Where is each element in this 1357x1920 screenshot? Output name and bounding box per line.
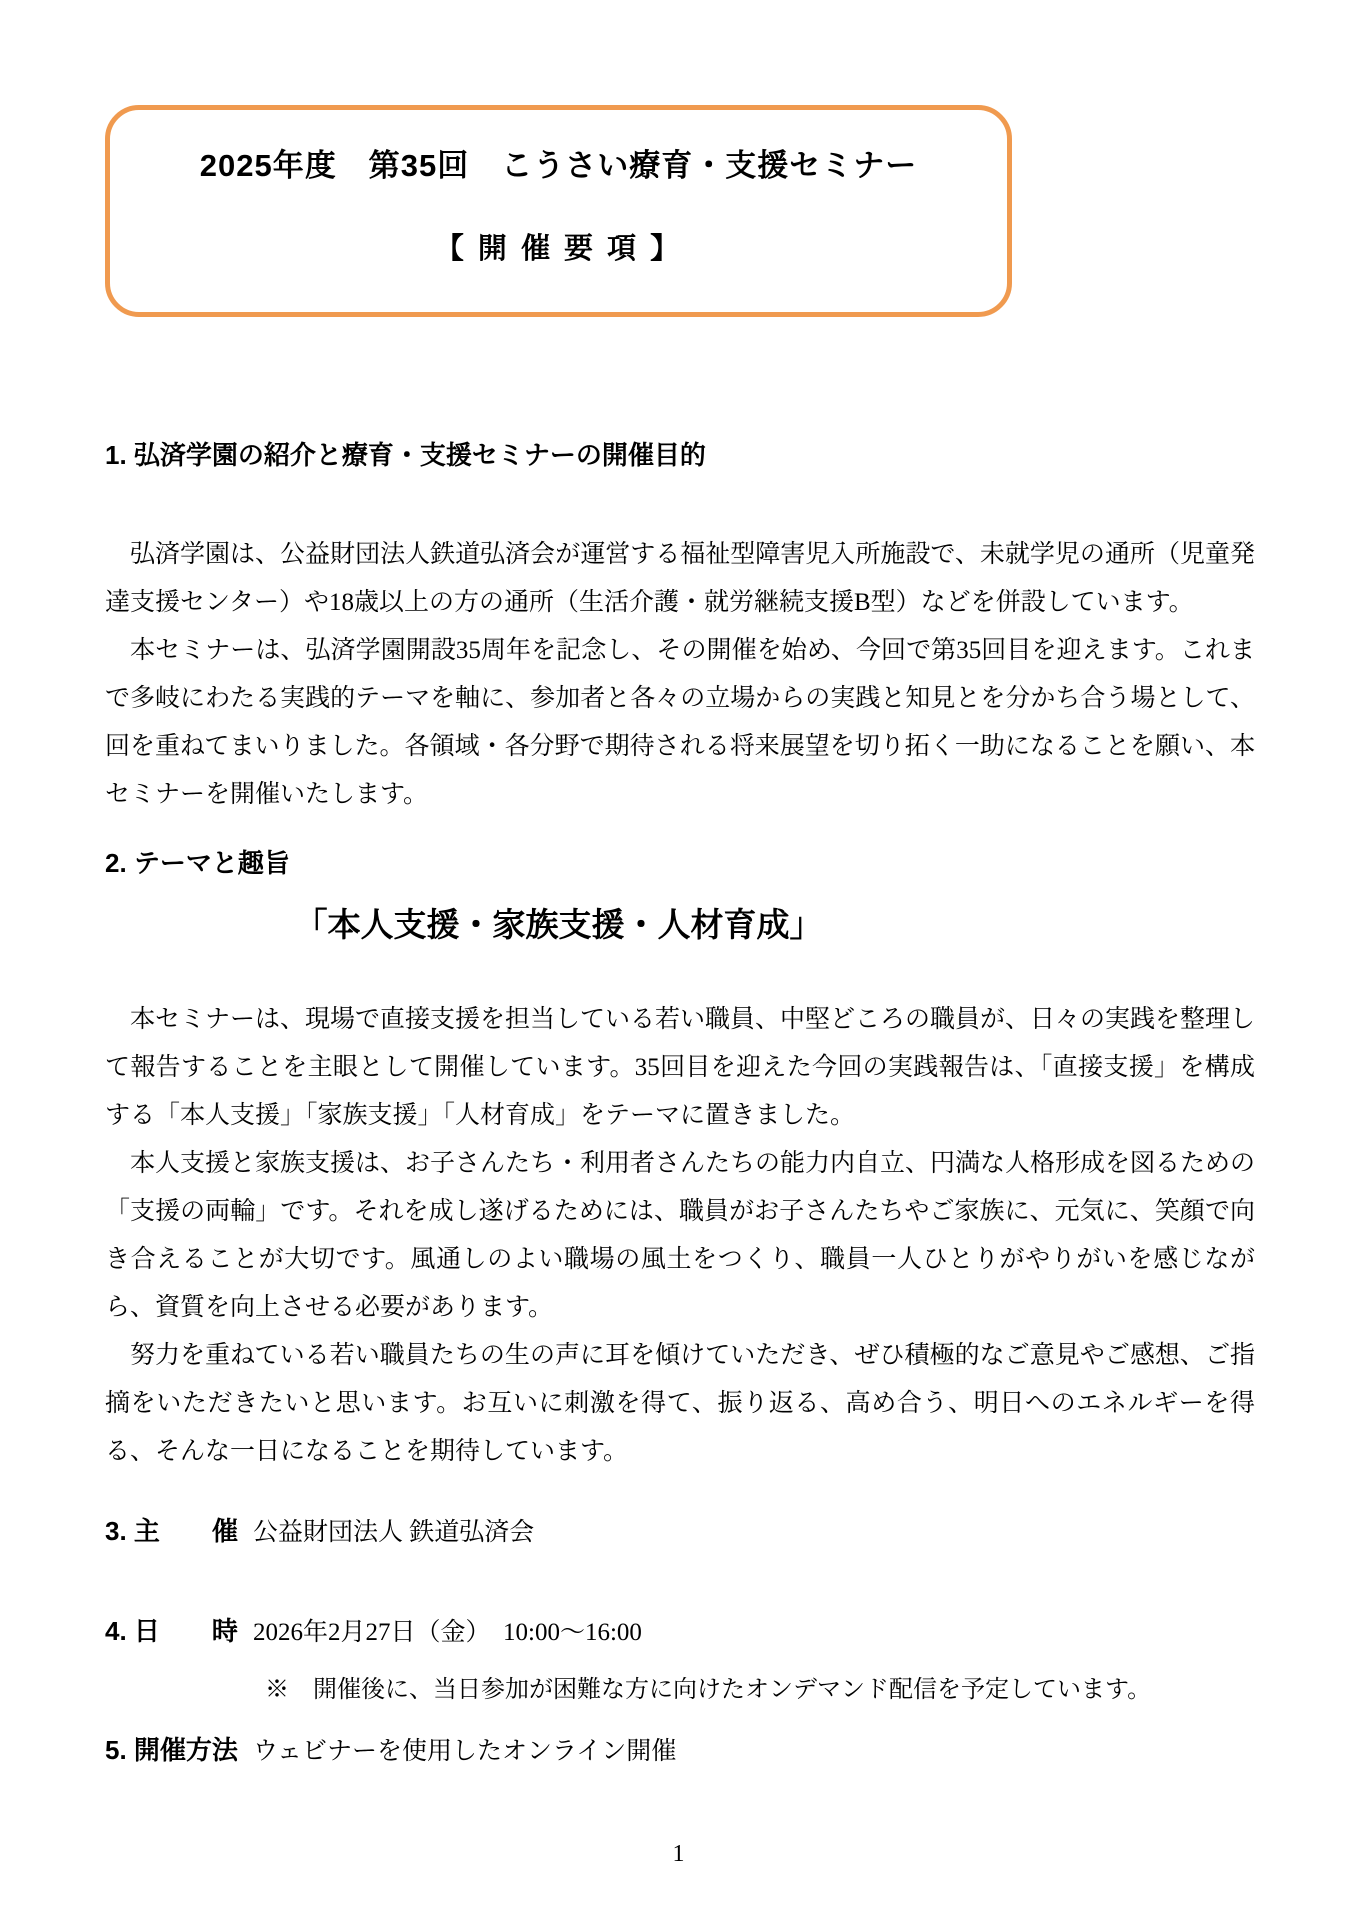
section1-body: 弘済学園は、公益財団法人鉄道弘済会が運営する福祉型障害児入所施設で、未就学児の通…	[105, 531, 1255, 819]
datetime-item: 4. 日 時 2026年2月27日（金） 10:00～16:00	[105, 1613, 1255, 1651]
datetime-label: 4. 日 時	[105, 1613, 253, 1649]
method-value: ウェビナーを使用したオンライン開催	[253, 1734, 676, 1770]
section1-heading: 1. 弘済学園の紹介と療育・支援セミナーの開催目的	[105, 437, 1255, 473]
organizer-label: 3. 主 催	[105, 1513, 253, 1549]
section2-paragraph-2: 本人支援と家族支援は、お子さんたち・利用者さんたちの能力内自立、円満な人格形成を…	[105, 1140, 1255, 1332]
section2-heading: 2. テーマと趣旨	[105, 845, 1255, 881]
section1-paragraph-2: 本セミナーは、弘済学園開設35周年を記念し、その開催を始め、今回で第35回目を迎…	[105, 627, 1255, 819]
organizer-value: 公益財団法人 鉄道弘済会	[253, 1515, 534, 1551]
method-label: 5. 開催方法	[105, 1732, 253, 1768]
ondemand-note: ※ 開催後に、当日参加が困難な方に向けたオンデマンド配信を予定しています。	[265, 1672, 1255, 1708]
seminar-theme: 「本人支援・家族支援・人材育成」	[105, 901, 1012, 949]
organizer-item: 3. 主 催 公益財団法人 鉄道弘済会	[105, 1513, 1255, 1551]
kaisai-yoko-subtitle: 【 開 催 要 項 】	[120, 230, 997, 268]
document-page: 2025年度 第35回 こうさい療育・支援セミナー 【 開 催 要 項 】 1.…	[0, 0, 1357, 1920]
title-box: 2025年度 第35回 こうさい療育・支援セミナー 【 開 催 要 項 】	[105, 105, 1012, 317]
method-item: 5. 開催方法 ウェビナーを使用したオンライン開催	[105, 1732, 1255, 1770]
section1-paragraph-1: 弘済学園は、公益財団法人鉄道弘済会が運営する福祉型障害児入所施設で、未就学児の通…	[105, 531, 1255, 627]
datetime-value: 2026年2月27日（金） 10:00～16:00	[253, 1615, 642, 1651]
page-number: 1	[0, 1841, 1357, 1868]
section2-paragraph-1: 本セミナーは、現場で直接支援を担当している若い職員、中堅どころの職員が、日々の実…	[105, 996, 1255, 1140]
section2-body: 本セミナーは、現場で直接支援を担当している若い職員、中堅どころの職員が、日々の実…	[105, 996, 1255, 1476]
seminar-title: 2025年度 第35回 こうさい療育・支援セミナー	[120, 146, 997, 186]
section2-paragraph-3: 努力を重ねている若い職員たちの生の声に耳を傾けていただき、ぜひ積極的なご意見やご…	[105, 1332, 1255, 1476]
